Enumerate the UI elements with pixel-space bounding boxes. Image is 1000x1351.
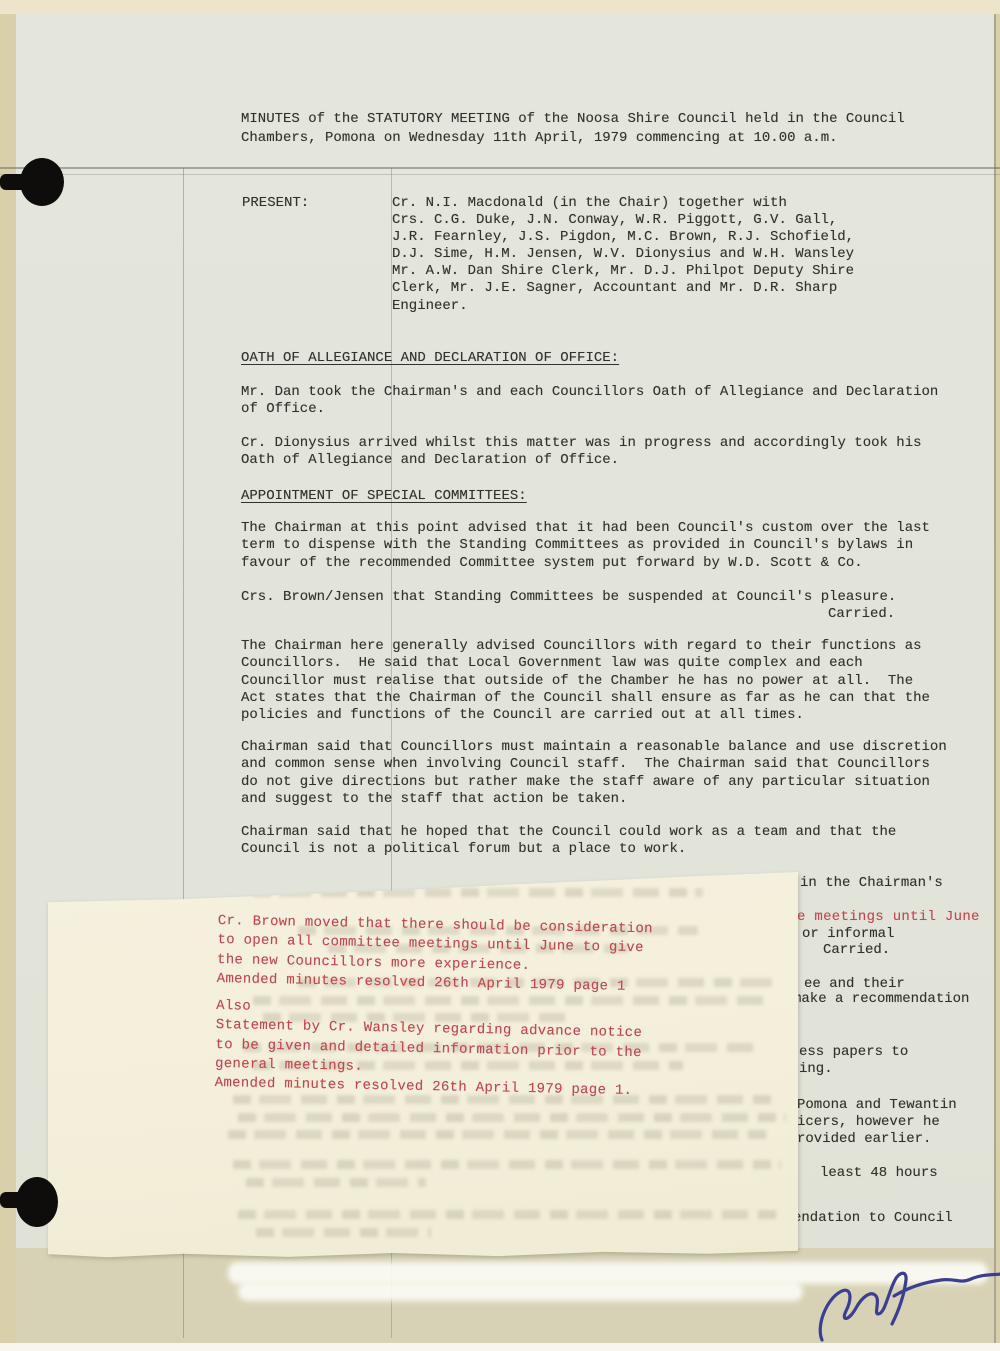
signature-ink [808,1248,1000,1348]
document-title: MINUTES of the STATUTORY MEETING of the … [241,110,941,148]
binder-punch-top [20,158,64,206]
bleed-through-line [246,1178,426,1187]
scan-edge-top [0,0,1000,14]
fragment-ing: ing. [799,1061,833,1078]
bleed-through-line [256,1228,431,1237]
present-list: Cr. N.I. Macdonald (in the Chair) togeth… [392,195,912,315]
bleed-through-line [238,1113,786,1122]
bleed-through-line [228,1130,768,1139]
present-label: PRESENT: [242,195,309,212]
fragment-chairmans: in the Chairman's [800,875,943,892]
bleed-through-line [233,1160,781,1169]
ruled-line-horizontal [0,167,1000,169]
paragraph-oath-2: Cr. Dionysius arrived whilst this matter… [241,435,961,470]
fragment-48-hours: least 48 hours [820,1165,938,1182]
fragment-meetings-june: e meetings until June [797,908,980,927]
fragment-informal: or informal [802,926,894,943]
fragment-endation: endation to Council [793,1210,953,1227]
ruled-line-horizontal-2 [0,174,1000,175]
white-out-strip-2 [238,1282,803,1301]
fragment-papers-to: ess papers to [799,1044,908,1061]
paragraph-functions: The Chairman here generally advised Coun… [241,638,971,724]
scanned-document: MINUTES of the STATUTORY MEETING of the … [0,0,1000,1351]
carried-label-2: Carried. [823,942,890,959]
fragment-pomona-tewantin: Pomona and Tewantin [797,1097,957,1114]
section-heading-oath: OATH OF ALLEGIANCE AND DECLARATION OF OF… [241,350,619,367]
paragraph-oath-1: Mr. Dan took the Chairman's and each Cou… [241,384,961,419]
fragment-provided-earlier: rovided earlier. [797,1131,931,1148]
fragment-recommendation: make a recommendation [793,991,969,1008]
carried-label-1: Carried. [828,606,895,623]
paragraph-committees: The Chairman at this point advised that … [241,520,961,572]
binder-punch-bottom [16,1177,58,1227]
fragment-however-he: icers, however he [797,1114,940,1131]
bleed-through-line [238,1210,783,1219]
correction-slip: Cr. Brown moved that there should be con… [48,872,798,1260]
slip-note-wansley: Also Statement by Cr. Wansley regarding … [215,997,777,1104]
section-heading-committees: APPOINTMENT OF SPECIAL COMMITTEES: [241,488,527,505]
paragraph-team: Chairman said that he hoped that the Cou… [241,824,971,859]
slip-note-brown: Cr. Brown moved that there should be con… [217,912,778,1000]
slip-red-annotation: Cr. Brown moved that there should be con… [215,912,778,1104]
motion-line: Crs. Brown/Jensen that Standing Committe… [241,589,961,606]
paragraph-balance: Chairman said that Councillors must main… [241,739,971,808]
